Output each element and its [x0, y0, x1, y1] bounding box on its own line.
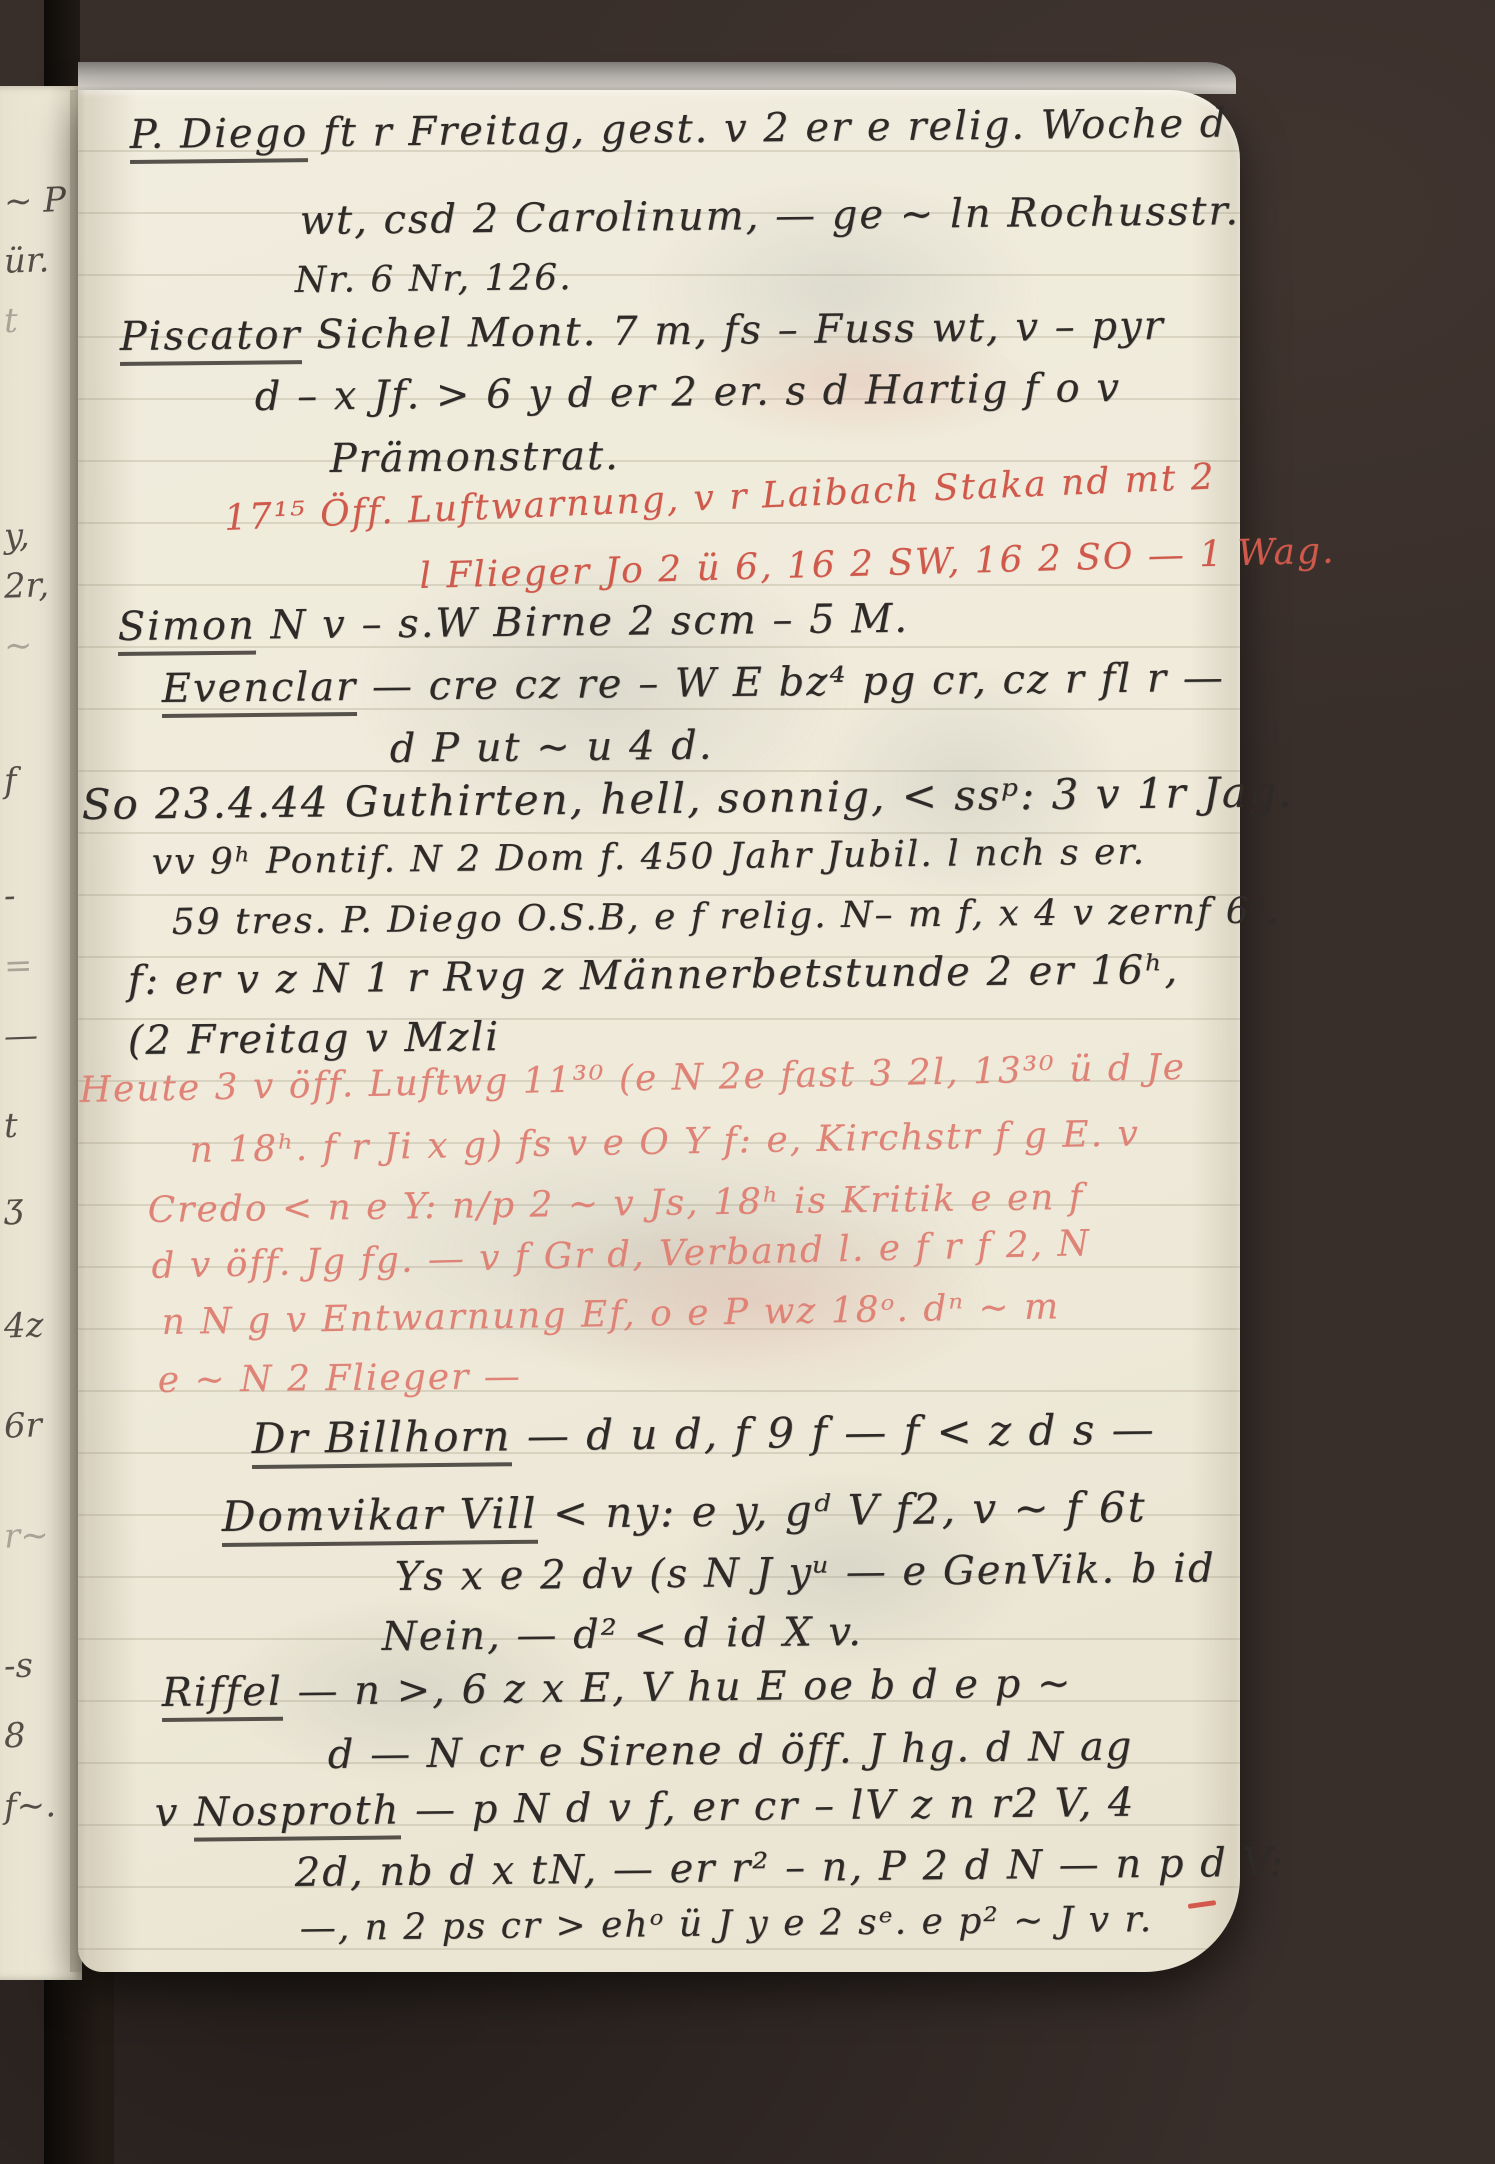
- margin-fragment: ür.: [3, 240, 50, 282]
- margin-fragment: f: [3, 761, 17, 801]
- underlined-name: Dr Billhorn: [251, 1411, 511, 1469]
- margin-fragment: 4z: [3, 1305, 44, 1346]
- margin-fragment: 2r,: [3, 565, 49, 607]
- entry-dr-billhorn: Dr Billhorn — d u d, f 9 f — f < z d s —: [251, 1405, 1155, 1463]
- underlined-name: Riffel: [162, 1669, 284, 1722]
- entry-simon: Simon N v – s.W Birne 2 scm – 5 M.: [118, 596, 910, 650]
- margin-fragment: y,: [3, 516, 30, 557]
- underlined-name: Nosproth: [194, 1787, 401, 1841]
- margin-fragment: —: [3, 1015, 38, 1056]
- entry-freitag: (2 Freitag v Mzli: [128, 1014, 501, 1064]
- margin-fragment: ~ P: [3, 180, 67, 222]
- binding-spine-top: [44, 0, 80, 100]
- underlined-name: Domvikar Vill: [221, 1489, 537, 1547]
- margin-fragment: 6r: [3, 1405, 42, 1446]
- entry-piscator-2: d – x Jf. > 6 y d er 2 er. s d Hartig f …: [255, 365, 1122, 420]
- margin-fragment: 8: [3, 1716, 26, 1757]
- air-raid-paragraph-line-6: e ~ N 2 Flieger —: [158, 1356, 522, 1401]
- notebook-photo: ~ P ür. t y, 2r, ~ f - = — t ʒ 4z 6r r~ …: [0, 0, 1495, 2164]
- underlined-name: Evenclar: [162, 664, 358, 718]
- underlined-name: Piscator: [120, 312, 302, 366]
- entry-evenclar-2: d P ut ~ u 4 d.: [390, 723, 714, 772]
- gutter-shadow: [70, 90, 86, 1972]
- entry-domvikar-vill: Domvikar Vill < ny: e y, gᵈ V f2, v ~ f …: [221, 1482, 1146, 1541]
- margin-fragment: -: [3, 876, 16, 916]
- binding-spine-bottom: [44, 1958, 114, 2164]
- underlined-name: Simon: [118, 603, 257, 656]
- margin-fragment: ~: [3, 626, 33, 667]
- margin-fragment: f~.: [3, 1785, 56, 1827]
- margin-fragment: -s: [3, 1646, 33, 1687]
- entry-domvikar-vill-2: Ys x e 2 dv (s N J yᵘ — e GenVik. b id: [395, 1545, 1216, 1600]
- entry-nein: Nein, — d² < d id X v.: [382, 1609, 864, 1660]
- margin-fragment: r~: [3, 1515, 49, 1557]
- underlined-name: P. Diego: [130, 110, 309, 164]
- margin-fragment: t: [3, 301, 18, 341]
- margin-fragment: =: [3, 946, 33, 987]
- entry-praemonstrat: Prämonstrat.: [330, 433, 620, 482]
- entry-riffel-2: d — N cr e Sirene d öff. J hg. d N ag: [328, 1724, 1134, 1778]
- entry-carolinum: wt, csd 2 Carolinum, — ge ~ ln Rochusstr…: [300, 188, 1241, 244]
- entry-address: Nr. 6 Nr, 126.: [295, 257, 573, 301]
- entry-riffel: Riffel — n >, 6 z x E, V hu E oe b d e p…: [162, 1660, 1073, 1716]
- margin-fragment: t: [3, 1106, 18, 1146]
- margin-fragment: ʒ: [3, 1186, 24, 1227]
